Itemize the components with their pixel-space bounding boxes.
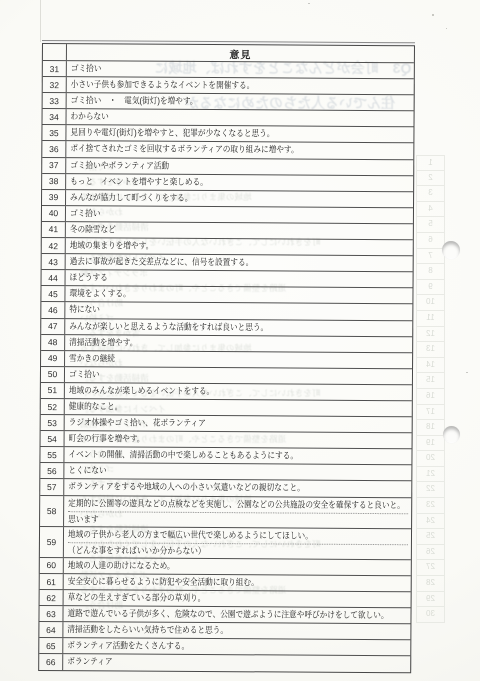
table-row: 54町会の行事を増やす。 bbox=[41, 430, 412, 448]
opinion-cell: みんなが楽しいと思えるような活動をすれば良いと思う。 bbox=[65, 319, 412, 336]
row-number: 51 bbox=[41, 383, 65, 398]
row-number: 44 bbox=[42, 270, 66, 285]
opinion-text: 町会の行事を増やす。 bbox=[69, 431, 409, 448]
table-row: 38もっと イベントを増やすと楽しめる。 bbox=[42, 173, 413, 191]
row-number: 34 bbox=[43, 109, 67, 124]
bleedthrough-number: 23 bbox=[416, 498, 445, 514]
scanned-document-page: Q3 町会がどんなことをすれば、地域に 住んでいる人たちのためになるか ゴミ拾い… bbox=[0, 0, 480, 681]
opinion-text: 清掃活動をしたらいい気持ちで住めると思う。 bbox=[67, 622, 407, 639]
opinion-cell: 清掃活動をしたらいい気持ちで住めると思う。 bbox=[63, 622, 410, 639]
table-row: 39みんなが協力して町づくりをする。 bbox=[42, 189, 413, 207]
opinion-text: 過去に事故が起きた交差点などに、信号を設置する。 bbox=[70, 254, 410, 271]
opinion-text: わからない bbox=[71, 109, 411, 126]
opinion-text: 安全安心に暮らせるように防犯や安全活動に取り組む。 bbox=[68, 574, 408, 591]
opinion-cell: 町会の行事を増やす。 bbox=[65, 431, 412, 448]
opinion-cell: 冬の除雪など bbox=[66, 222, 413, 239]
opinion-text: 特にない bbox=[69, 303, 409, 320]
opinion-text: イベントの開催、清掃活動の中で楽しめることもあるようにする。 bbox=[68, 447, 408, 464]
opinion-cell: 地域の子供から老人の方まで幅広い世代で楽しめるようにしてほしい。（どんな事をすれ… bbox=[64, 527, 411, 559]
opinion-cell: ラジオ体操やゴミ拾い、花ボランティア bbox=[65, 415, 412, 432]
opinion-text: 清掃活動を増やす。 bbox=[69, 335, 409, 352]
row-number: 35 bbox=[42, 125, 66, 140]
bleedthrough-number: 26 bbox=[416, 545, 445, 561]
row-number: 53 bbox=[41, 415, 65, 430]
bleedthrough-number: 4 bbox=[416, 202, 445, 218]
table-row: 35見回りや電灯(街灯)を増やすと、犯罪が少なくなると思う。 bbox=[42, 124, 413, 142]
opinion-cell: 安全安心に暮らせるように防犯や安全活動に取り組む。 bbox=[64, 574, 411, 591]
table-row: 64清掃活動をしたらいい気持ちで住めると思う。 bbox=[39, 621, 410, 639]
table-row: 62草などの生えすぎている部分の草刈り。 bbox=[40, 589, 411, 607]
table-row: 42地域の集まりを増やす。 bbox=[42, 237, 413, 255]
table-row: 47みんなが楽しいと思えるような活動をすれば良いと思う。 bbox=[41, 318, 412, 336]
table-header-row: 意見 bbox=[43, 44, 414, 62]
opinion-text: とくにない bbox=[68, 464, 408, 481]
row-number: 59 bbox=[40, 527, 64, 557]
opinion-cell: 草などの生えすぎている部分の草刈り。 bbox=[64, 590, 411, 607]
row-number: 54 bbox=[41, 431, 65, 446]
opinion-cell: ゴミ拾い bbox=[65, 367, 412, 384]
paper-edge-line bbox=[40, 0, 41, 42]
opinion-text: ボランティアをするや地域の人への小さい気遣いなどの親切なこと。 bbox=[68, 480, 408, 497]
table-row: 34わからない bbox=[43, 108, 414, 126]
bleedthrough-number: 17 bbox=[416, 405, 445, 421]
table-row: 46特にない bbox=[41, 301, 412, 319]
opinion-text: 道路で遊んでいる子供が多く、危険なので、公園で遊ぶように注意や呼びかけをして欲し… bbox=[67, 606, 407, 623]
opinion-cell: 小さい子供も参加できるようなイベントを開催する。 bbox=[67, 77, 414, 94]
table-row: 33ゴミ拾い ・ 電気(街灯)を増やす。 bbox=[43, 92, 414, 110]
table-row: 44ほどうする bbox=[42, 269, 413, 287]
table-row: 61安全安心に暮らせるように防犯や安全活動に取り組む。 bbox=[40, 573, 411, 591]
opinion-text: 小さい子供も参加できるようなイベントを開催する。 bbox=[71, 77, 411, 94]
opinion-cell: ゴミ拾い bbox=[67, 61, 414, 78]
opinion-cell: もっと イベントを増やすと楽しめる。 bbox=[66, 174, 413, 191]
table-row: 59地域の子供から老人の方まで幅広い世代で楽しめるようにしてほしい。（どんな事を… bbox=[40, 526, 411, 559]
opinion-cell: 過去に事故が起きた交差点などに、信号を設置する。 bbox=[66, 254, 413, 271]
table-row: 66ボランティア bbox=[39, 653, 410, 671]
punch-hole-top bbox=[442, 241, 460, 259]
bleedthrough-number: 7 bbox=[416, 249, 445, 265]
opinion-text: ボランティア bbox=[67, 655, 407, 672]
opinion-cell: ボランティア活動をたくさんする。 bbox=[63, 639, 410, 656]
row-number: 61 bbox=[40, 574, 64, 589]
opinion-text: みんなが協力して町づくりをする。 bbox=[70, 190, 410, 207]
opinion-cell: 見回りや電灯(街灯)を増やすと、犯罪が少なくなると思う。 bbox=[66, 126, 413, 143]
scan-speck bbox=[466, 372, 468, 373]
bleedthrough-number: 22 bbox=[416, 482, 445, 498]
table-row: 65ボランティア活動をたくさんする。 bbox=[39, 637, 410, 655]
opinion-cell: 清掃活動を増やす。 bbox=[65, 335, 412, 352]
opinion-cell: ゴミ拾い bbox=[66, 206, 413, 223]
table-row: 37ゴミ拾いやボランティア活動 bbox=[42, 157, 413, 175]
table-row: 49雪かきの継続 bbox=[41, 350, 412, 368]
row-number: 36 bbox=[42, 141, 66, 156]
row-number: 58 bbox=[40, 496, 64, 526]
bleedthrough-number: 29 bbox=[416, 592, 445, 608]
bleedthrough-number: 27 bbox=[416, 560, 445, 576]
row-number: 45 bbox=[41, 286, 65, 301]
opinion-cell: 雪かきの継続 bbox=[65, 351, 412, 368]
row-number: 38 bbox=[42, 174, 66, 189]
bleedthrough-number: 16 bbox=[416, 389, 445, 405]
table-row: 55イベントの開催、清掃活動の中で楽しめることもあるようにする。 bbox=[40, 446, 411, 464]
row-number: 49 bbox=[41, 351, 65, 366]
row-number: 66 bbox=[39, 654, 63, 669]
row-number: 64 bbox=[39, 622, 63, 637]
bleedthrough-number: 1 bbox=[416, 155, 445, 171]
opinion-rows: 31ゴミ拾い32小さい子供も参加できるようなイベントを開催する。33ゴミ拾い ・… bbox=[39, 60, 414, 672]
opinion-text: 思います bbox=[68, 511, 408, 528]
row-number: 43 bbox=[42, 254, 66, 269]
opinion-text: ゴミ拾い ・ 電気(街灯)を増やす。 bbox=[71, 93, 411, 110]
scan-speck bbox=[446, 28, 447, 29]
opinion-text: ほどうする bbox=[70, 270, 410, 287]
table-row: 52健康的なこと。 bbox=[41, 398, 412, 416]
row-number: 31 bbox=[43, 61, 67, 76]
opinion-text: ゴミ拾いやボランティア活動 bbox=[70, 158, 410, 175]
opinion-cell: 健康的なこと。 bbox=[65, 399, 412, 416]
opinion-text: ポイ捨てされたゴミを回収するボランティアの取り組みに増やす。 bbox=[70, 142, 410, 159]
row-number: 37 bbox=[42, 158, 66, 173]
bleedthrough-number: 15 bbox=[416, 373, 445, 389]
opinion-text: ゴミ拾い bbox=[70, 206, 410, 223]
bleedthrough-number: 19 bbox=[416, 436, 445, 452]
bleedthrough-number: 5 bbox=[416, 217, 445, 233]
bleedthrough-number: 14 bbox=[416, 358, 445, 374]
opinion-text: みんなが楽しいと思えるような活動をすれば良いと思う。 bbox=[69, 319, 409, 336]
table-row: 53ラジオ体操やゴミ拾い、花ボランティア bbox=[41, 414, 412, 432]
bleedthrough-number: 28 bbox=[416, 576, 445, 592]
bleedthrough-number: 20 bbox=[416, 451, 445, 467]
bleedthrough-number: 8 bbox=[416, 264, 445, 280]
opinion-cell: 道路で遊んでいる子供が多く、危険なので、公園で遊ぶように注意や呼びかけをして欲し… bbox=[63, 606, 410, 623]
table-row: 40ゴミ拾い bbox=[42, 205, 413, 223]
row-number: 65 bbox=[39, 638, 63, 653]
opinion-cell: 地域のみんなが楽しめるイベントをする。 bbox=[65, 383, 412, 400]
bleedthrough-number: 9 bbox=[416, 280, 445, 296]
opinion-text: 地域のみんなが楽しめるイベントをする。 bbox=[69, 383, 409, 400]
table-row: 45環境をよくする。 bbox=[41, 285, 412, 303]
opinion-text: ラジオ体操やゴミ拾い、花ボランティア bbox=[69, 415, 409, 432]
opinion-cell: ゴミ拾いやボランティア活動 bbox=[66, 158, 413, 175]
table-row: 36ポイ捨てされたゴミを回収するボランティアの取り組みに増やす。 bbox=[42, 140, 413, 158]
opinion-text: ゴミ拾い bbox=[71, 61, 411, 78]
row-number: 57 bbox=[40, 479, 64, 494]
row-number: 40 bbox=[42, 206, 66, 221]
table-row: 41冬の除雪など bbox=[42, 221, 413, 239]
opinion-cell: 特にない bbox=[65, 303, 412, 320]
row-number: 63 bbox=[39, 606, 63, 621]
opinion-text: もっと イベントを増やすと楽しめる。 bbox=[70, 174, 410, 191]
bleedthrough-number: 21 bbox=[416, 467, 445, 483]
table-row: 56とくにない bbox=[40, 462, 411, 480]
row-number: 48 bbox=[41, 335, 65, 350]
opinion-cell: みんなが協力して町づくりをする。 bbox=[66, 190, 413, 207]
row-number: 41 bbox=[42, 222, 66, 237]
number-column-header bbox=[43, 44, 67, 60]
row-number: 56 bbox=[40, 463, 64, 478]
table-row: 60地域の人達の助けになるため。 bbox=[40, 557, 411, 575]
scan-speck bbox=[432, 14, 434, 16]
opinion-text: 冬の除雪など bbox=[70, 222, 410, 239]
table-row: 51地域のみんなが楽しめるイベントをする。 bbox=[41, 382, 412, 400]
opinion-column-header: 意見 bbox=[67, 44, 414, 62]
opinion-text: ゴミ拾い bbox=[69, 367, 409, 384]
opinion-cell: とくにない bbox=[64, 463, 411, 480]
bleedthrough-number: 3 bbox=[416, 186, 445, 202]
opinion-table: 意見 31ゴミ拾い32小さい子供も参加できるようなイベントを開催する。33ゴミ拾… bbox=[38, 43, 415, 673]
table-row: 48清掃活動を増やす。 bbox=[41, 334, 412, 352]
bleedthrough-number: 25 bbox=[416, 529, 445, 545]
opinion-cell: ボランティアをするや地域の人への小さい気遣いなどの親切なこと。 bbox=[64, 480, 411, 497]
bleedthrough-number: 6 bbox=[416, 233, 445, 249]
opinion-cell: イベントの開催、清掃活動の中で楽しめることもあるようにする。 bbox=[64, 447, 411, 464]
opinion-cell: 定期的に公園等の遊具などの点検などを実施し、公園などの公共施設の安全を確保すると… bbox=[64, 496, 411, 528]
row-number: 46 bbox=[41, 302, 65, 317]
row-number: 50 bbox=[41, 367, 65, 382]
table-row: 31ゴミ拾い bbox=[43, 60, 414, 78]
opinion-text: 見回りや電灯(街灯)を増やすと、犯罪が少なくなると思う。 bbox=[70, 126, 410, 143]
row-number: 55 bbox=[40, 447, 64, 462]
opinion-cell: 環境をよくする。 bbox=[65, 286, 412, 303]
table-row: 43過去に事故が起きた交差点などに、信号を設置する。 bbox=[42, 253, 413, 271]
bleedthrough-number: 30 bbox=[416, 607, 445, 623]
table-row: 58定期的に公園等の遊具などの点検などを実施し、公園などの公共施設の安全を確保す… bbox=[40, 495, 411, 528]
row-number: 33 bbox=[43, 93, 67, 108]
row-number: 52 bbox=[41, 399, 65, 414]
row-number: 60 bbox=[40, 558, 64, 573]
bleedthrough-number: 24 bbox=[416, 514, 445, 530]
row-number: 62 bbox=[40, 590, 64, 605]
table-row: 50ゴミ拾い bbox=[41, 366, 412, 384]
punch-hole-bottom bbox=[443, 426, 460, 443]
opinion-text: （どんな事をすればいいか分からない） bbox=[68, 542, 408, 559]
row-number: 32 bbox=[43, 77, 67, 92]
table-row: 63道路で遊んでいる子供が多く、危険なので、公園で遊ぶように注意や呼びかけをして… bbox=[39, 605, 410, 623]
opinion-cell: わからない bbox=[67, 109, 414, 126]
opinion-text: 地域の集まりを増やす。 bbox=[70, 238, 410, 255]
opinion-cell: ゴミ拾い ・ 電気(街灯)を増やす。 bbox=[67, 93, 414, 110]
bleedthrough-number-column: 1234567891011121314151617181920212223242… bbox=[416, 155, 445, 623]
opinion-text: 環境をよくする。 bbox=[69, 286, 409, 303]
row-number: 42 bbox=[42, 238, 66, 253]
opinion-text: 草などの生えすぎている部分の草刈り。 bbox=[68, 590, 408, 607]
scan-speck bbox=[308, 3, 310, 4]
opinion-cell: ボランティア bbox=[63, 655, 410, 672]
opinion-text: 地域の人達の助けになるため。 bbox=[68, 558, 408, 575]
opinion-cell: ほどうする bbox=[66, 270, 413, 287]
row-number: 39 bbox=[42, 190, 66, 205]
opinion-cell: 地域の人達の助けになるため。 bbox=[64, 558, 411, 575]
opinion-cell: ポイ捨てされたゴミを回収するボランティアの取り組みに増やす。 bbox=[66, 142, 413, 159]
table-row: 57ボランティアをするや地域の人への小さい気遣いなどの親切なこと。 bbox=[40, 478, 411, 496]
bleedthrough-number: 2 bbox=[416, 171, 445, 187]
table-row: 32小さい子供も参加できるようなイベントを開催する。 bbox=[43, 76, 414, 94]
bleedthrough-number: 18 bbox=[416, 420, 445, 436]
opinion-cell: 地域の集まりを増やす。 bbox=[66, 238, 413, 255]
opinion-text: ボランティア活動をたくさんする。 bbox=[67, 639, 407, 656]
bleedthrough-number: 13 bbox=[416, 342, 445, 358]
bleedthrough-number: 10 bbox=[416, 295, 445, 311]
bleedthrough-number: 11 bbox=[416, 311, 445, 327]
opinion-text: 雪かきの継続 bbox=[69, 351, 409, 368]
bleedthrough-number: 12 bbox=[416, 327, 445, 343]
row-number: 47 bbox=[41, 319, 65, 334]
opinion-text: 健康的なこと。 bbox=[69, 399, 409, 416]
